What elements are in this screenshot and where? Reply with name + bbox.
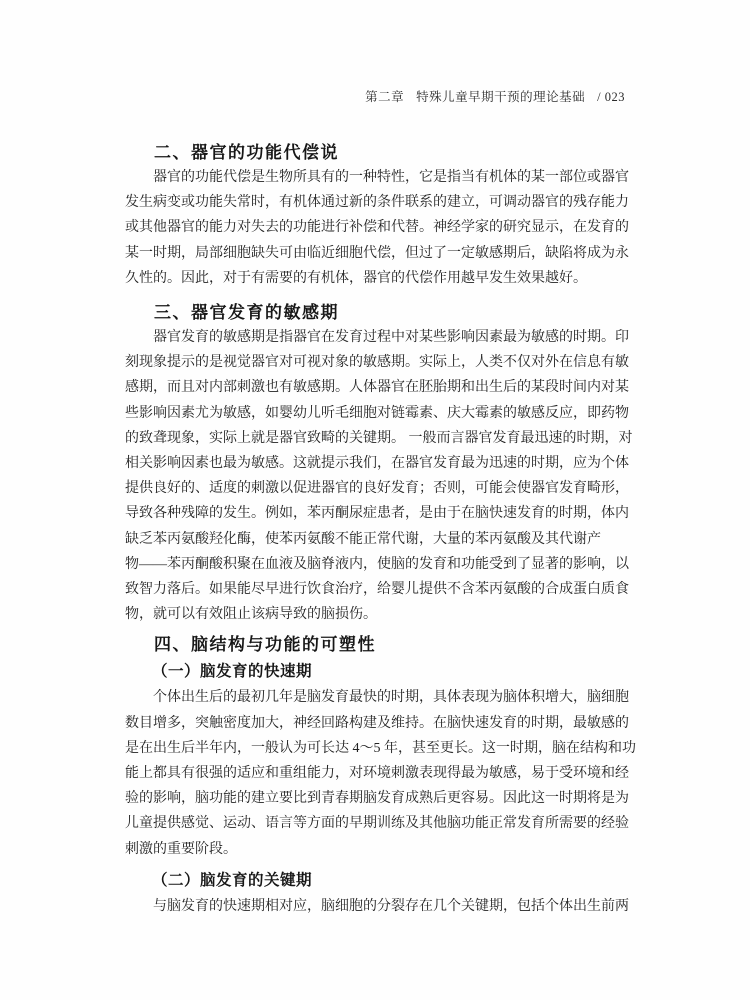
chapter-label: 第二章 (365, 90, 404, 104)
page-number: / 023 (597, 90, 625, 104)
paragraph-sensitive-period: 器官发育的敏感期是指器官在发育过程中对某些影响因素最为敏感的时期。印 刻现象提示… (125, 325, 665, 627)
chapter-title: 特殊儿童早期干预的理论基础 (416, 90, 585, 104)
paragraph-brain-critical-period: 与脑发育的快速期相对应，脑细胞的分裂存在几个关键期，包括个体出生前两 (125, 894, 665, 919)
section-heading-sensitive-period: 三、器官发育的敏感期 (125, 300, 665, 325)
paragraph-organ-compensation: 器官的功能代偿是生物所具有的一种特性，它是指当有机体的某一部位或器官 发生病变或… (125, 165, 665, 291)
subheading-brain-rapid-period: （一）脑发育的快速期 (125, 659, 665, 685)
subheading-brain-critical-period: （二）脑发育的关键期 (125, 868, 665, 894)
paragraph-brain-rapid-period: 个体出生后的最初几年是脑发育最快的时期，具体表现为脑体积增大，脑细胞 数目增多，… (125, 685, 665, 861)
section-heading-organ-compensation: 二、器官的功能代偿说 (125, 140, 665, 165)
section-heading-brain-plasticity: 四、脑结构与功能的可塑性 (125, 632, 665, 657)
running-header: 第二章特殊儿童早期干预的理论基础/ 023 (125, 87, 625, 105)
book-page: 第二章特殊儿童早期干预的理论基础/ 023 二、器官的功能代偿说 器官的功能代偿… (0, 0, 750, 1000)
page-body: 二、器官的功能代偿说 器官的功能代偿是生物所具有的一种特性，它是指当有机体的某一… (125, 140, 665, 919)
